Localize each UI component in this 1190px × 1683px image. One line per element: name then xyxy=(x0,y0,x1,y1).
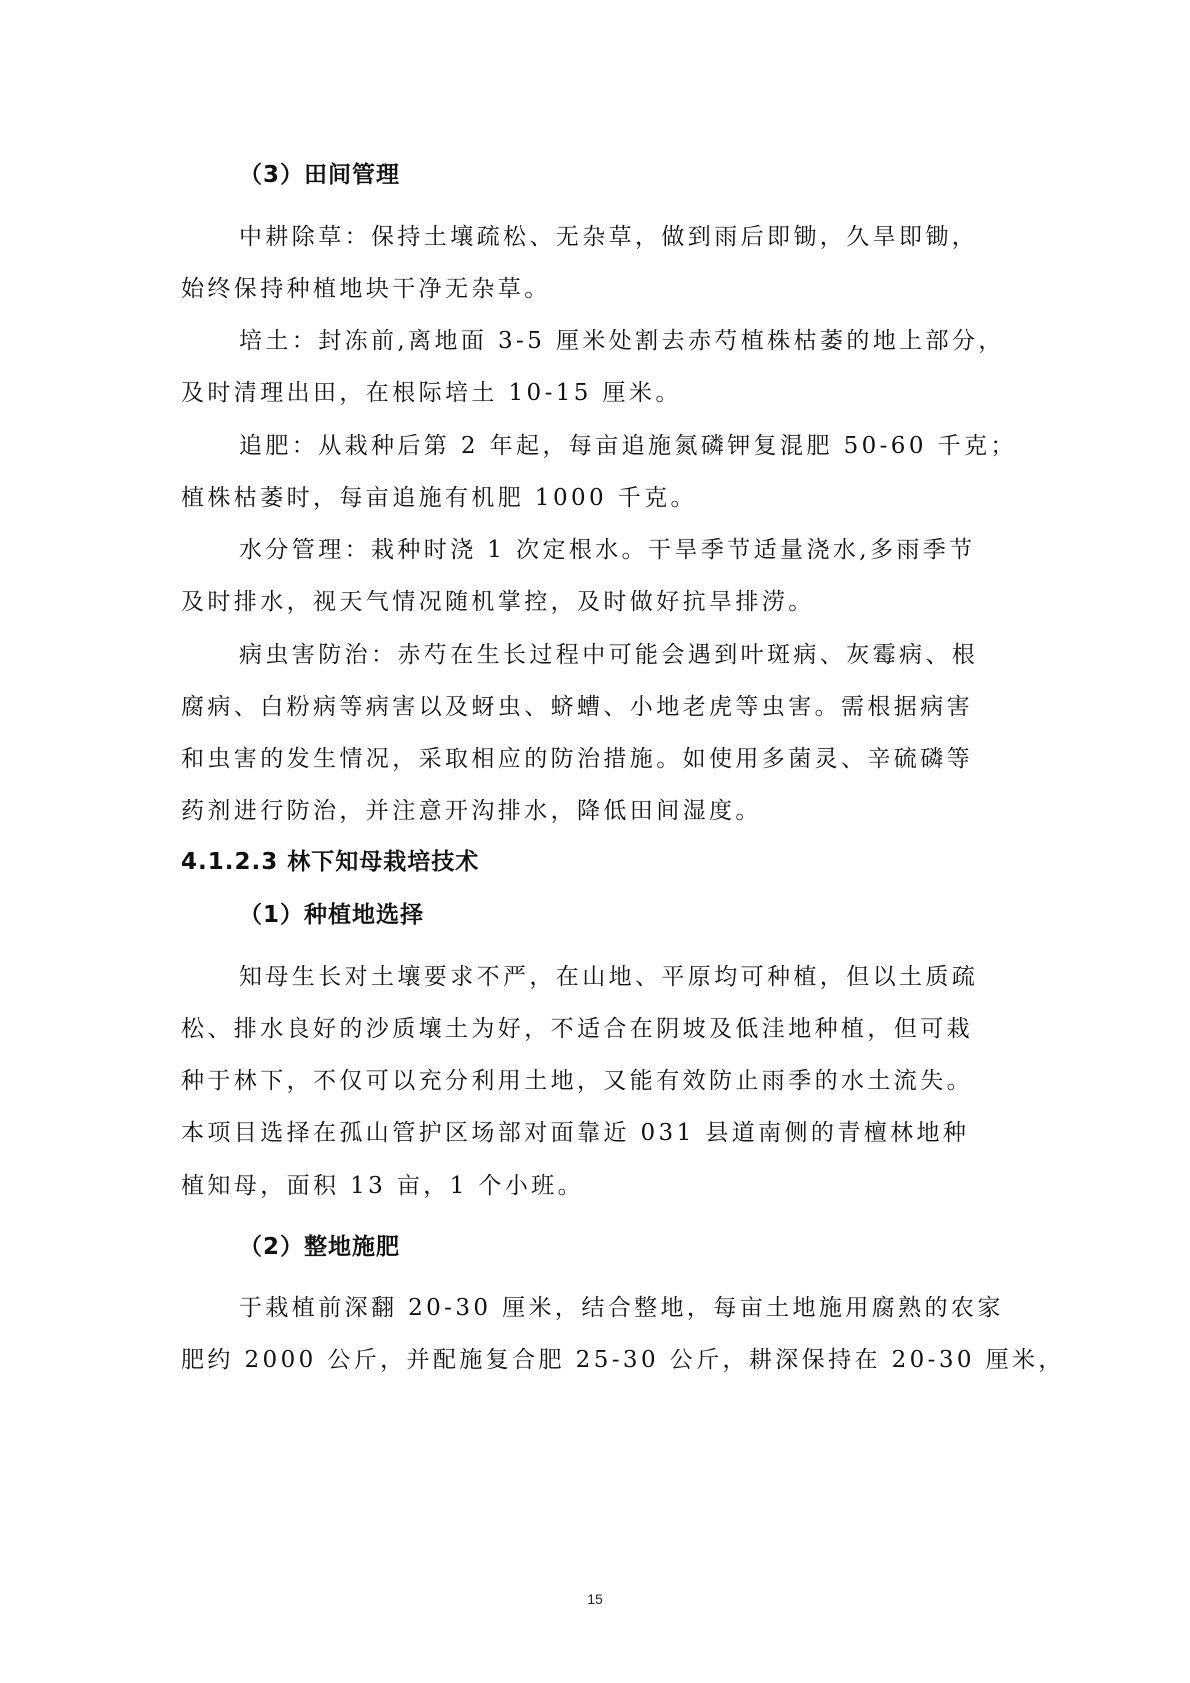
page-number: 15 xyxy=(0,1591,1190,1607)
paragraph-line: 药剂进行防治，并注意开沟排水，降低田间湿度。 xyxy=(181,796,762,826)
paragraph-line: 水分管理：栽种时浇 1 次定根水。干旱季节适量浇水,多雨季节 xyxy=(239,535,976,565)
paragraph-line: 追肥：从栽种后第 2 年起，每亩追施氮磷钾复混肥 50-60 千克； xyxy=(239,431,1017,461)
paragraph-line: 本项目选择在孤山管护区场部对面靠近 031 县道南侧的青檀林地种 xyxy=(181,1118,969,1148)
document-page: （3）田间管理 中耕除草：保持土壤疏松、无杂草，做到雨后即锄，久旱即锄， 始终保… xyxy=(0,0,1190,1683)
paragraph-line: 植株枯萎时，每亩追施有机肥 1000 千克。 xyxy=(181,483,697,513)
section-heading-field-management: （3）田间管理 xyxy=(239,160,400,190)
paragraph-line: 于栽植前深翻 20-30 厘米，结合整地，每亩土地施用腐熟的农家 xyxy=(239,1293,1004,1323)
paragraph-line: 松、排水良好的沙质壤土为好，不适合在阴坡及低洼地种植，但可栽 xyxy=(181,1014,973,1044)
paragraph-line: 肥约 2000 公斤，并配施复合肥 25-30 公斤，耕深保持在 20-30 厘… xyxy=(181,1345,1065,1375)
paragraph-line: 中耕除草：保持土壤疏松、无杂草，做到雨后即锄，久旱即锄， xyxy=(239,222,978,252)
paragraph-line: 病虫害防治：赤芍在生长过程中可能会遇到叶斑病、灰霉病、根 xyxy=(239,640,978,670)
paragraph-line: 腐病、白粉病等病害以及蚜虫、蛴螬、小地老虎等虫害。需根据病害 xyxy=(181,692,973,722)
paragraph-line: 和虫害的发生情况，采取相应的防治措施。如使用多菌灵、辛硫磷等 xyxy=(181,744,973,774)
paragraph-line: 种于林下，不仅可以充分利用土地，又能有效防止雨季的水土流失。 xyxy=(181,1066,973,1096)
section-heading-zhimu-cultivation: 4.1.2.3 林下知母栽培技术 xyxy=(181,847,479,877)
paragraph-line: 知母生长对土壤要求不严，在山地、平原均可种植，但以土质疏 xyxy=(239,962,978,992)
paragraph-line: 及时清理出田，在根际培土 10-15 厘米。 xyxy=(181,378,682,408)
subsection-heading-land-prep: （2）整地施肥 xyxy=(239,1232,400,1262)
paragraph-line: 及时排水，视天气情况随机掌控，及时做好抗旱排涝。 xyxy=(181,587,815,617)
subsection-heading-site-selection: （1）种植地选择 xyxy=(239,900,424,930)
paragraph-line: 始终保持种植地块干净无杂草。 xyxy=(181,274,551,304)
paragraph-line: 培土：封冻前,离地面 3-5 厘米处割去赤芍植株枯萎的地上部分， xyxy=(239,326,1005,356)
paragraph-line: 植知母，面积 13 亩，1 个小班。 xyxy=(181,1171,584,1201)
